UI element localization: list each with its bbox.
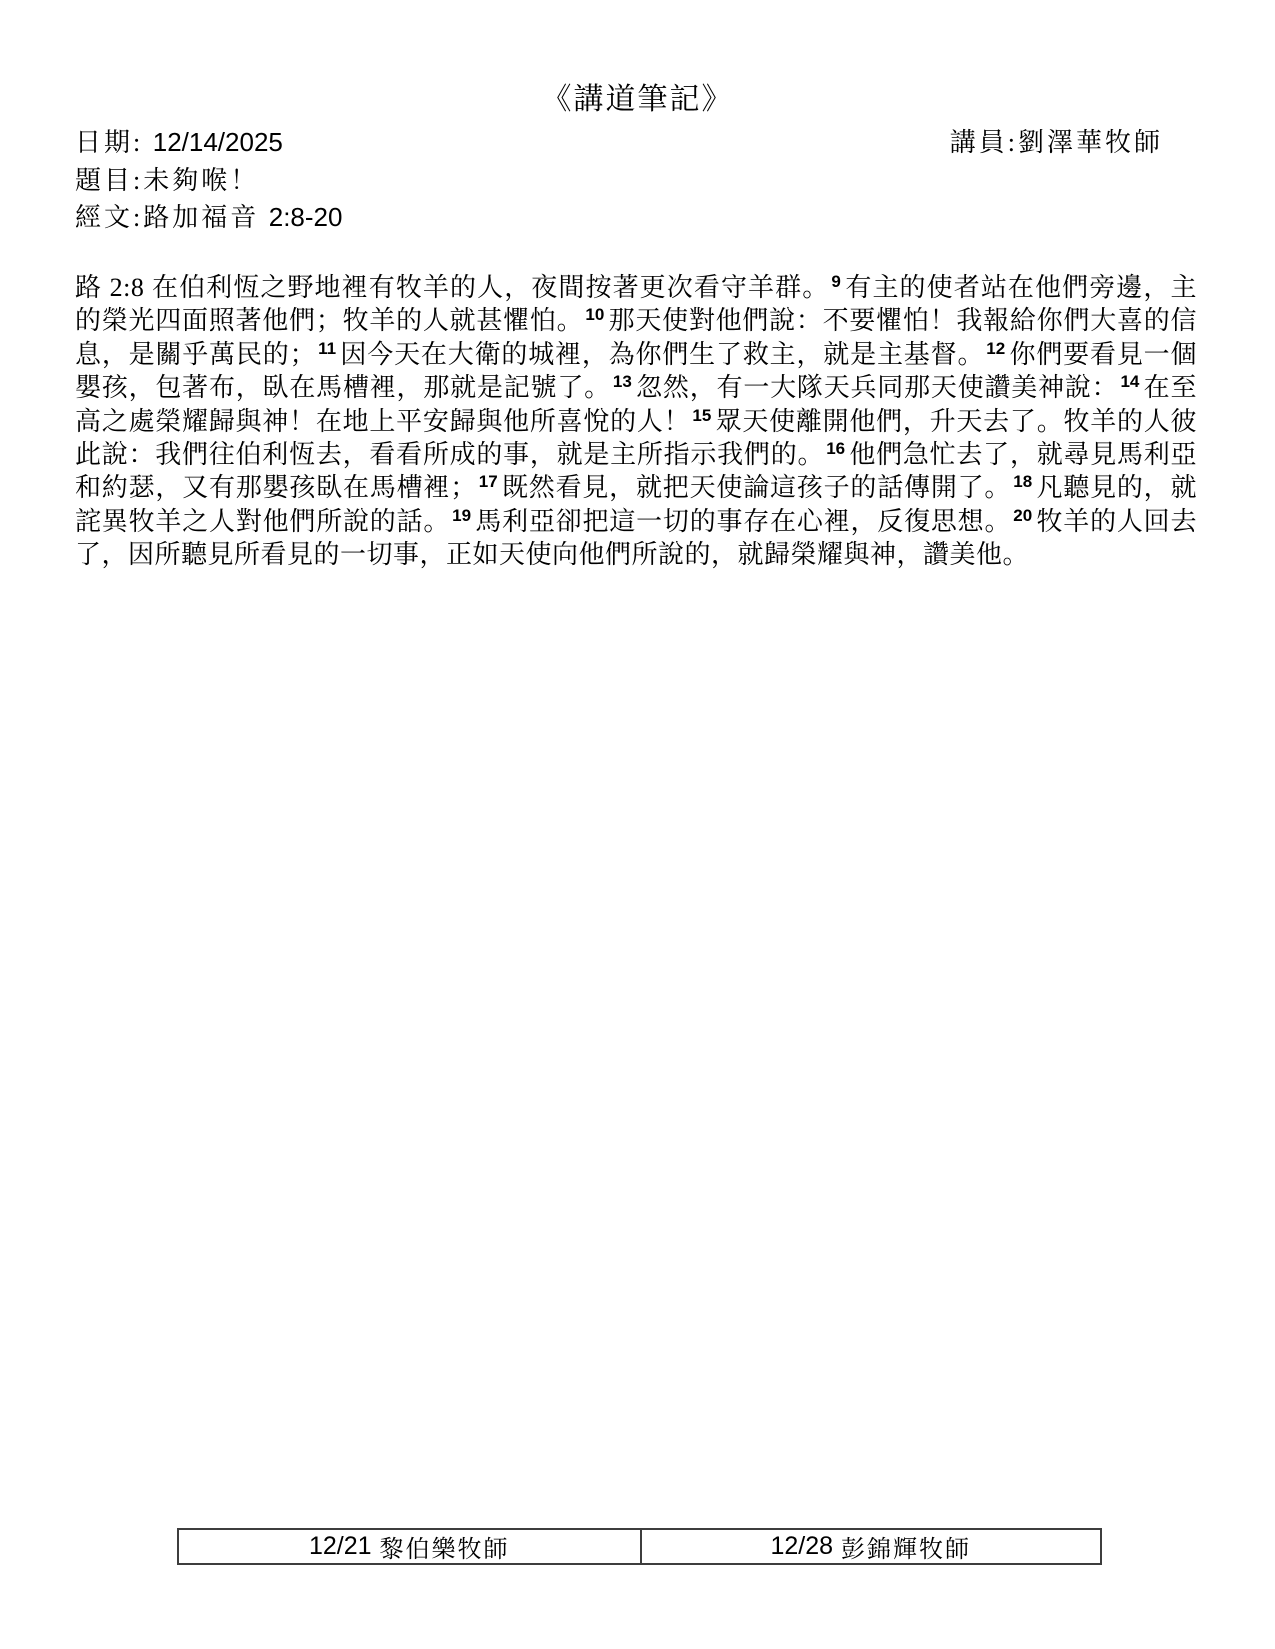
- speaker-label: 講員:: [950, 128, 1018, 157]
- page-title: 《講道筆記》: [0, 74, 1275, 118]
- sermon-notes-page: 《講道筆記》 日期: 12/14/2025 講員:劉澤華牧師 題目:未夠喉！ 經…: [0, 0, 1275, 1649]
- verse-number: 13: [613, 372, 632, 391]
- verse-number: 12: [986, 339, 1005, 358]
- verse-text: 忽然，有一大隊天兵同那天使讚美神說：: [636, 373, 1119, 402]
- verse-number: 17: [479, 472, 498, 491]
- scripture-ref: 2:8-20: [269, 202, 343, 232]
- verse-number: 16: [826, 439, 845, 458]
- verse-number: 14: [1120, 372, 1139, 391]
- header-row-date-speaker: 日期: 12/14/2025 講員:劉澤華牧師: [75, 122, 1163, 159]
- verse-number: 11: [318, 339, 336, 358]
- date-value: 12/14/2025: [153, 127, 283, 157]
- verse-number: 20: [1013, 506, 1032, 525]
- verse-number: 15: [692, 406, 711, 425]
- schedule-speaker: 黎伯樂牧師: [380, 1529, 510, 1564]
- verse-number: 18: [1013, 472, 1032, 491]
- passage-text: 路 2:8 在伯利恆之野地裡有牧羊的人，夜間按著更次看守羊群。9有主的使者站在他…: [75, 271, 1197, 572]
- date-line: 日期: 12/14/2025: [75, 122, 283, 159]
- upcoming-speakers-table: 12/21黎伯樂牧師 12/28彭錦輝牧師: [177, 1528, 1102, 1565]
- schedule-cell: 12/28彭錦輝牧師: [640, 1530, 1101, 1563]
- speaker-value: 劉澤華牧師: [1018, 128, 1163, 157]
- verse-text: 既然看見，就把天使論這孩子的話傳開了。: [502, 473, 1012, 502]
- schedule-speaker: 彭錦輝牧師: [841, 1529, 971, 1564]
- topic-value: 未夠喉！: [143, 166, 259, 195]
- schedule-cell: 12/21黎伯樂牧師: [179, 1530, 640, 1563]
- header-row-topic: 題目:未夠喉！: [75, 160, 1163, 197]
- verse-number: 19: [452, 506, 471, 525]
- verse-number: 10: [585, 305, 604, 324]
- topic-label: 題目:: [75, 166, 143, 195]
- schedule-date: 12/28: [770, 1532, 833, 1561]
- verse-number: 9: [831, 272, 840, 291]
- scripture-label: 經文:: [75, 203, 143, 232]
- scripture-book: 路加福音: [143, 203, 269, 232]
- verse-text: 路 2:8 在伯利恆之野地裡有牧羊的人，夜間按著更次看守羊群。: [75, 273, 829, 302]
- speaker-line: 講員:劉澤華牧師: [950, 122, 1163, 159]
- header-row-scripture: 經文:路加福音 2:8-20: [75, 197, 1163, 234]
- verse-text: 因今天在大衛的城裡，為你們生了救主，就是主基督。: [340, 340, 984, 369]
- date-label: 日期:: [75, 128, 153, 157]
- verse-text: 馬利亞卻把這一切的事存在心裡，反復思想。: [475, 507, 1011, 536]
- schedule-date: 12/21: [309, 1532, 372, 1561]
